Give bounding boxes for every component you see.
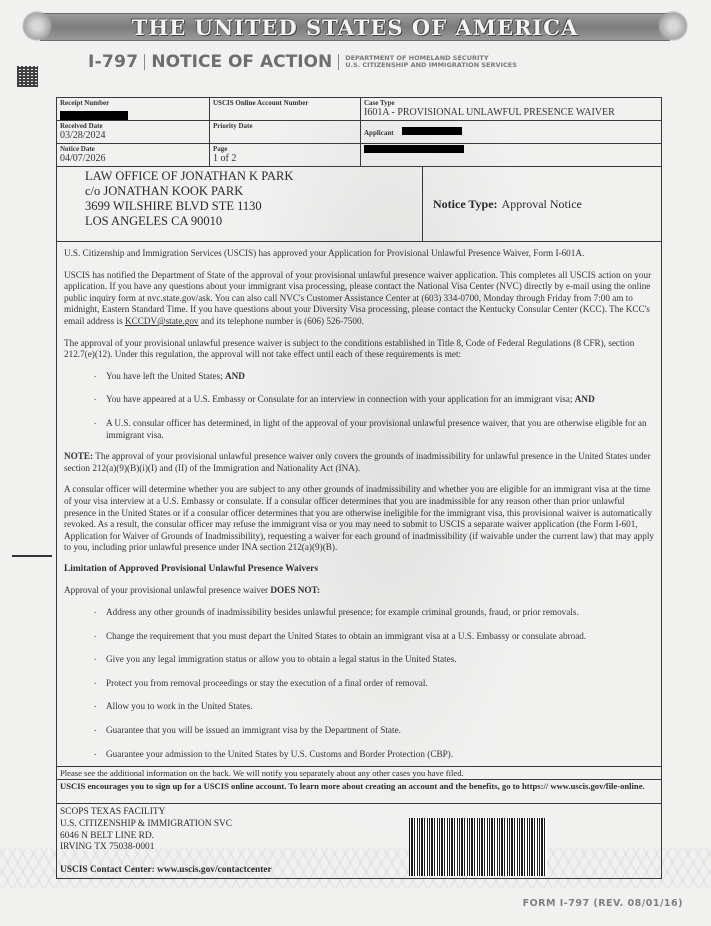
list-item: Address any other grounds of inadmissibi… [94,607,654,619]
case-type-label: Case Type [364,99,658,107]
list-item: A U.S. consular officer has determined, … [94,418,654,441]
return-address-line3: 6046 N BELT LINE RD. [60,831,658,843]
received-date-value: 03/28/2024 [60,130,206,142]
page-label: Page [213,145,357,153]
list-item: Guarantee that you will be issued an imm… [94,725,654,737]
requirement-and: AND [225,371,245,381]
applicant-redacted [402,127,462,135]
requirement-and: AND [575,394,595,404]
form-revision: FORM I-797 (REV. 08/01/16) [523,898,683,909]
applicant-label: Applicant [364,129,394,137]
notice-form: Receipt Number USCIS Online Account Numb… [56,97,662,879]
note-paragraph: NOTE: The approval of your provisional u… [64,451,654,474]
form-id: I-797 [88,52,138,72]
empty-cell [361,144,661,167]
additional-info: Please see the additional information on… [57,766,661,780]
mailing-address: LAW OFFICE OF JONATHAN K PARK c/o JONATH… [57,167,423,241]
address-row: LAW OFFICE OF JONATHAN K PARK c/o JONATH… [57,167,661,242]
consular-paragraph: A consular officer will determine whethe… [64,484,654,554]
address-line1: LAW OFFICE OF JONATHAN K PARK [85,169,422,184]
does-not-intro: Approval of your provisional unlawful pr… [64,585,654,597]
list-item: Guarantee your admission to the United S… [94,749,654,761]
kcc-email-link[interactable]: KCCDV@state.gov [125,316,199,326]
list-item: You have appeared at a U.S. Embassy or C… [94,394,654,406]
banner: THE UNITED STATES OF AMERICA [40,13,670,41]
return-address-line1: SCOPS TEXAS FACILITY [60,807,658,819]
note-label: NOTE: [64,451,93,461]
address-line3: 3699 WILSHIRE BLVD STE 1130 [85,199,422,214]
notice-date-label: Notice Date [60,145,206,153]
list-item: Change the requirement that you must dep… [94,631,654,643]
receipt-number-cell: Receipt Number [57,98,210,121]
return-address-line4: IRVING TX 75038-0001 [60,842,658,854]
requirement-text: A U.S. consular officer has determined, … [106,418,647,440]
limitation-heading: Limitation of Approved Provisional Unlaw… [64,564,654,576]
notice-body: U.S. Citizenship and Immigration Service… [57,242,661,760]
return-address: SCOPS TEXAS FACILITY U.S. CITIZENSHIP & … [60,807,658,854]
page-cell: Page 1 of 2 [210,144,361,167]
fold-mark [12,555,52,557]
page-value: 1 of 2 [213,153,357,165]
limitations-list: Address any other grounds of inadmissibi… [64,607,654,760]
nvc-paragraph: USCIS has notified the Department of Sta… [64,270,654,328]
requirements-list: You have left the United States; AND You… [64,371,654,441]
list-item: You have left the United States; AND [94,371,654,383]
notice-date-value: 04/07/2026 [60,153,206,165]
notice-date-cell: Notice Date 04/07/2026 [57,144,210,167]
applicant-cell: Applicant [361,121,661,144]
receipt-number-redacted [60,111,128,120]
datamatrix-code-icon [17,66,38,87]
notice-type-label: Notice Type: [433,197,498,212]
form-header: I-797 NOTICE OF ACTION DEPARTMENT OF HOM… [88,52,517,72]
contact-center: USCIS Contact Center: www.uscis.gov/cont… [60,865,272,876]
case-type-cell: Case Type I601A - PROVISIONAL UNLAWFUL P… [361,98,661,121]
divider [144,54,145,70]
online-account-cell: USCIS Online Account Number [210,98,361,121]
department-name: DEPARTMENT OF HOMELAND SECURITY U.S. CIT… [345,55,517,69]
does-not-text: Approval of your provisional unlawful pr… [64,585,270,595]
approval-paragraph: U.S. Citizenship and Immigration Service… [64,248,654,260]
list-item: Allow you to work in the United States. [94,701,654,713]
banner-title: THE UNITED STATES OF AMERICA [132,15,579,40]
list-item: Give you any legal immigration status or… [94,654,654,666]
priority-date-label: Priority Date [213,122,357,130]
barcode-icon [409,818,547,876]
priority-date-cell: Priority Date [210,121,361,144]
online-account-info: USCIS encourages you to sign up for a US… [57,779,661,793]
received-date-cell: Received Date 03/28/2024 [57,121,210,144]
return-section: SCOPS TEXAS FACILITY U.S. CITIZENSHIP & … [57,803,661,878]
does-not-bold: DOES NOT: [270,585,320,595]
online-account-label: USCIS Online Account Number [213,99,357,107]
receipt-number-label: Receipt Number [60,99,206,107]
notice-type-value: Approval Notice [502,197,582,212]
note-text: The approval of your provisional unlawfu… [64,451,651,473]
address-line4: LOS ANGELES CA 90010 [85,214,422,229]
return-address-line2: U.S. CITIZENSHIP & IMMIGRATION SVC [60,819,658,831]
case-type-value: I601A - PROVISIONAL UNLAWFUL PRESENCE WA… [364,107,658,119]
conditions-paragraph: The approval of your provisional unlawfu… [64,338,654,361]
notice-title: NOTICE OF ACTION [151,52,332,72]
info-grid: Receipt Number USCIS Online Account Numb… [57,98,661,167]
department-line2: U.S. CITIZENSHIP AND IMMIGRATION SERVICE… [345,61,517,69]
divider [338,54,339,70]
list-item: Protect you from removal proceedings or … [94,678,654,690]
received-date-label: Received Date [60,122,206,130]
nvc-text-end: and its telephone number is (606) 526-75… [199,316,364,326]
requirement-text: You have left the United States; [106,371,225,381]
address-line2: c/o JONATHAN KOOK PARK [85,184,422,199]
notice-type: Notice Type: Approval Notice [423,167,661,241]
requirement-text: You have appeared at a U.S. Embassy or C… [106,394,575,404]
